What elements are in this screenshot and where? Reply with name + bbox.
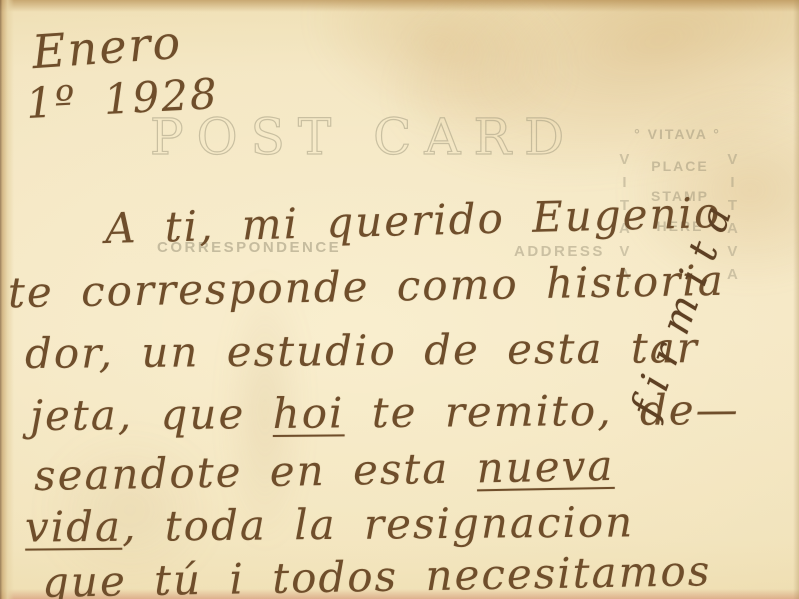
card-edge-right: [793, 0, 799, 599]
message-line-7: que tú i todos necesitamos: [42, 546, 712, 599]
message-line-3-text: dor, un estudio de esta tar: [25, 323, 699, 378]
handwritten-date-month: Enero: [30, 15, 184, 79]
card-edge-top: [0, 0, 799, 12]
message-line-4-underlined-word: hoi: [272, 388, 344, 438]
message-line-6-seg2: , toda la resignacion: [122, 497, 635, 550]
handwritten-date-day-year: 1º 1928: [25, 69, 220, 128]
message-line-4-seg1: jeta, que: [30, 389, 273, 440]
message-line-5-underlined-word: nueva: [476, 441, 615, 492]
message-line-7-text: que tú i todos necesitamos: [42, 546, 712, 599]
message-line-6: vida, toda la resignacion: [25, 497, 635, 551]
message-line-2: te corresponde como historia: [8, 256, 726, 318]
message-line-5: seandote en esta nueva: [34, 441, 615, 500]
postcard-back: POST CARD CORRESPONDENCE ADDRESS ° VITAV…: [0, 0, 799, 599]
message-line-5-seg1: seandote en esta: [34, 443, 477, 500]
message-line-4-seg3: te remito, de—: [344, 385, 740, 437]
message-line-3: dor, un estudio de esta tar: [25, 323, 699, 378]
message-line-2-text: te corresponde como historia: [8, 256, 726, 318]
message-line-6-underlined-word: vida: [25, 502, 123, 552]
